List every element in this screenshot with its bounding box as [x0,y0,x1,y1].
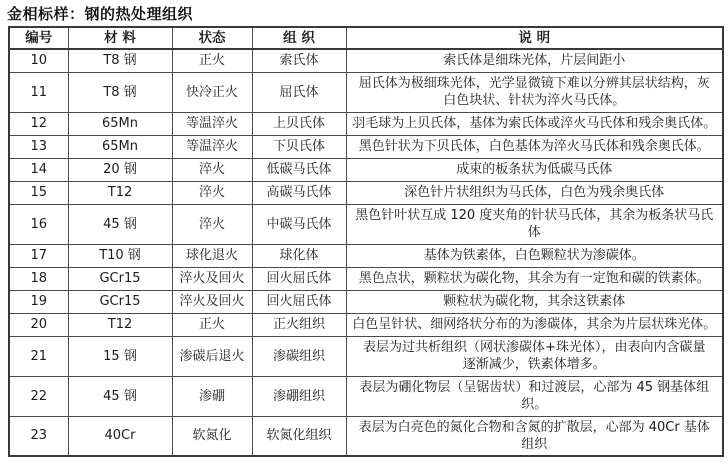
cell-material: 45 钢 [68,204,172,244]
page-title: 金相标样：钢的热处理组织 [7,3,728,24]
table-row: 19 GCr15 淬火及回火 回火屈氏体 颗粒状为碳化物，其余这铁素体 [9,290,723,313]
cell-description: 表层为过共析组织（网状渗碳体+珠光体），由表向内含碳量 逐渐减少，铁素体增多。 [346,336,723,376]
cell-structure: 下贝氏体 [252,135,346,158]
cell-id: 23 [9,416,68,456]
cell-description: 羽毛球为上贝氏体，基体为索氏体或淬火马氏体和残余奥氏体。 [346,112,723,135]
cell-structure: 渗碳组织 [252,336,346,376]
cell-description: 基体为铁素体，白色颗粒状为渗碳体。 [346,244,723,267]
cell-state: 快冷正火 [172,72,252,112]
heat-treatment-table: 编号 材 料 状态 组 织 说 明 10 T8 钢 正火 索氏体 索氏体是细珠光… [8,26,724,457]
cell-material: GCr15 [68,267,172,290]
table-row: 20 T12 正火 正火组织 白色呈针状、细网络状分布的为渗碳体，其余为片层状珠… [9,313,723,336]
table-row: 18 GCr15 淬火及回火 回火屈氏体 黑色点状，颗粒状为碳化物，其余为有一定… [9,267,723,290]
cell-state: 渗硼 [172,376,252,416]
cell-material: 65Mn [68,135,172,158]
cell-description: 成束的板条状为低碳马氏体 [346,158,723,181]
header-id: 编号 [9,27,68,49]
table-row: 11 T8 钢 快冷正火 屈氏体 屈氏体为极细珠光体，光学显微镜下难以分辨其层状… [9,72,723,112]
cell-description: 白色呈针状、细网络状分布的为渗碳体，其余为片层状珠光体。 [346,313,723,336]
cell-state: 淬火 [172,181,252,204]
table-row: 13 65Mn 等温淬火 下贝氏体 黑色针状为下贝氏体，白色基体为淬火马氏体和残… [9,135,723,158]
cell-state: 淬火 [172,158,252,181]
cell-id: 19 [9,290,68,313]
cell-material: 45 钢 [68,376,172,416]
table-row: 17 T10 钢 球化退火 球化体 基体为铁素体，白色颗粒状为渗碳体。 [9,244,723,267]
cell-state: 球化退火 [172,244,252,267]
cell-material: 65Mn [68,112,172,135]
cell-description: 索氏体是细珠光体，片层间距小 [346,49,723,72]
cell-state: 淬火及回火 [172,267,252,290]
header-state: 状态 [172,27,252,49]
cell-material: T12 [68,181,172,204]
cell-state: 淬火及回火 [172,290,252,313]
table-row: 12 65Mn 等温淬火 上贝氏体 羽毛球为上贝氏体，基体为索氏体或淬火马氏体和… [9,112,723,135]
table-row: 23 40Cr 软氮化 软氮化组织 表层为白亮色的氮化合物和含氮的扩散层，心部为… [9,416,723,456]
cell-structure: 回火屈氏体 [252,290,346,313]
cell-structure: 正火组织 [252,313,346,336]
cell-state: 淬火 [172,204,252,244]
cell-id: 20 [9,313,68,336]
table-header-row: 编号 材 料 状态 组 织 说 明 [9,27,723,49]
cell-structure: 索氏体 [252,49,346,72]
cell-structure: 球化体 [252,244,346,267]
cell-structure: 中碳马氏体 [252,204,346,244]
cell-id: 13 [9,135,68,158]
cell-description: 颗粒状为碳化物，其余这铁素体 [346,290,723,313]
cell-id: 10 [9,49,68,72]
cell-structure: 回火屈氏体 [252,267,346,290]
cell-state: 正火 [172,49,252,72]
cell-id: 11 [9,72,68,112]
cell-material: 20 钢 [68,158,172,181]
cell-id: 21 [9,336,68,376]
cell-material: 40Cr [68,416,172,456]
cell-description: 黑色点状，颗粒状为碳化物，其余为有一定饱和碳的铁素体。 [346,267,723,290]
cell-id: 16 [9,204,68,244]
cell-description: 表层为硼化物层（呈锯齿状）和过渡层，心部为 45 钢基体组 织。 [346,376,723,416]
cell-id: 17 [9,244,68,267]
cell-description: 黑色针状为下贝氏体，白色基体为淬火马氏体和残余奥氏体。 [346,135,723,158]
cell-description: 屈氏体为极细珠光体，光学显微镜下难以分辨其层状结构，灰 白色块状、针状为淬火马氏… [346,72,723,112]
cell-structure: 高碳马氏体 [252,181,346,204]
cell-id: 18 [9,267,68,290]
table-row: 21 15 钢 渗碳后退火 渗碳组织 表层为过共析组织（网状渗碳体+珠光体），由… [9,336,723,376]
cell-description: 表层为白亮色的氮化合物和含氮的扩散层，心部为 40Cr 基体 组织 [346,416,723,456]
cell-structure: 渗硼组织 [252,376,346,416]
header-structure: 组 织 [252,27,346,49]
table-row: 14 20 钢 淬火 低碳马氏体 成束的板条状为低碳马氏体 [9,158,723,181]
cell-id: 15 [9,181,68,204]
cell-structure: 屈氏体 [252,72,346,112]
cell-description: 黑色针叶状互成 120 度夹角的针状马氏体，其余为板条状马氏 体 [346,204,723,244]
cell-state: 正火 [172,313,252,336]
cell-id: 14 [9,158,68,181]
cell-material: T12 [68,313,172,336]
cell-structure: 软氮化组织 [252,416,346,456]
cell-state: 软氮化 [172,416,252,456]
cell-state: 渗碳后退火 [172,336,252,376]
cell-structure: 低碳马氏体 [252,158,346,181]
cell-state: 等温淬火 [172,135,252,158]
cell-material: 15 钢 [68,336,172,376]
cell-id: 12 [9,112,68,135]
table-row: 10 T8 钢 正火 索氏体 索氏体是细珠光体，片层间距小 [9,49,723,72]
cell-material: T8 钢 [68,72,172,112]
cell-structure: 上贝氏体 [252,112,346,135]
table-row: 16 45 钢 淬火 中碳马氏体 黑色针叶状互成 120 度夹角的针状马氏体，其… [9,204,723,244]
header-material: 材 料 [68,27,172,49]
cell-id: 22 [9,376,68,416]
cell-material: GCr15 [68,290,172,313]
header-description: 说 明 [346,27,723,49]
cell-material: T8 钢 [68,49,172,72]
table-row: 22 45 钢 渗硼 渗硼组织 表层为硼化物层（呈锯齿状）和过渡层，心部为 45… [9,376,723,416]
cell-description: 深色针片状组织为马氏体，白色为残余奥氏体 [346,181,723,204]
cell-material: T10 钢 [68,244,172,267]
cell-state: 等温淬火 [172,112,252,135]
table-row: 15 T12 淬火 高碳马氏体 深色针片状组织为马氏体，白色为残余奥氏体 [9,181,723,204]
